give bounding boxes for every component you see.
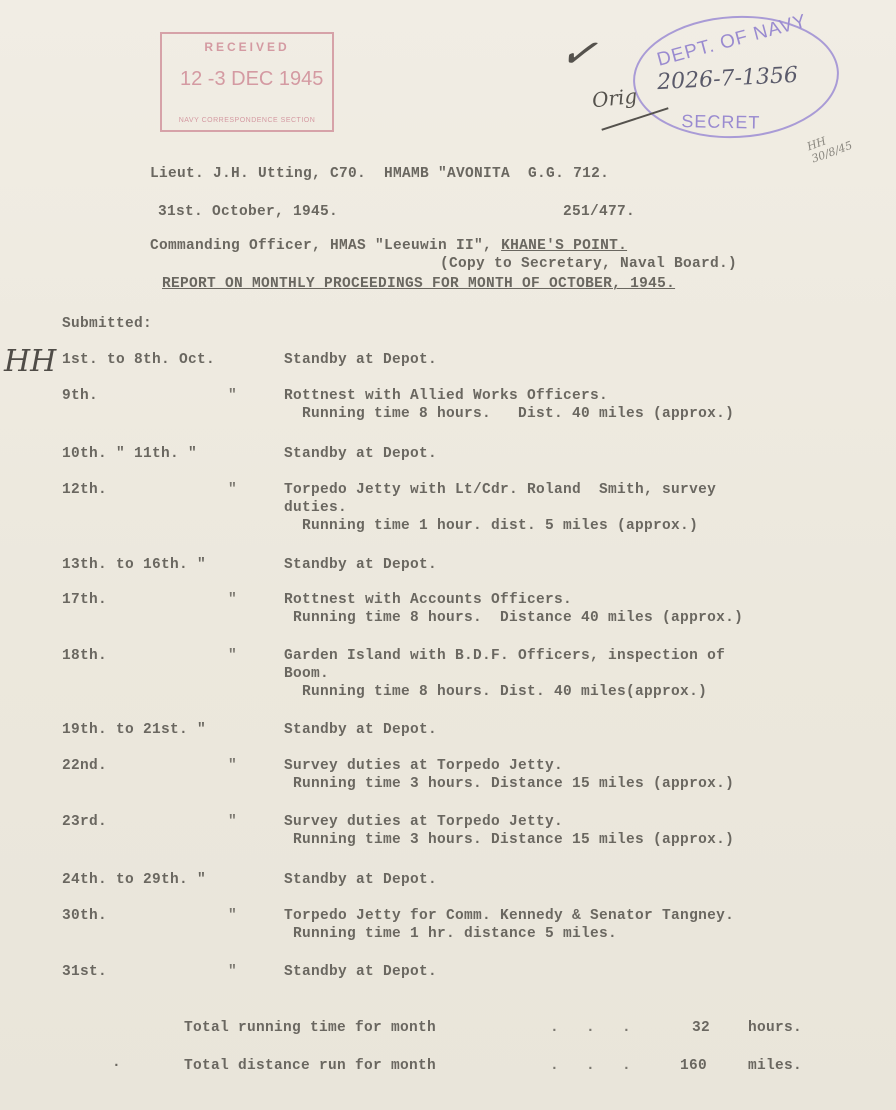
entry-description-line: Running time 3 hours. Distance 15 miles … (284, 776, 734, 792)
entry-description-line: Running time 3 hours. Distance 15 miles … (284, 832, 734, 848)
received-stamp-footer: NAVY CORRESPONDENCE SECTION (162, 117, 332, 124)
entry-description-line: Survey duties at Torpedo Jetty. (284, 758, 563, 774)
entry-description-line: Standby at Depot. (284, 872, 437, 888)
entry-description-line: Standby at Depot. (284, 352, 437, 368)
entry-date: 12th. (62, 482, 107, 498)
entry-description-line: Survey duties at Torpedo Jetty. (284, 814, 563, 830)
total-value: 160 (680, 1058, 707, 1074)
entry-date: 10th. " 11th. " (62, 446, 197, 462)
total-leader-dots: . . . (550, 1058, 631, 1074)
received-stamp: RECEIVED 12 -3 DEC 1945 NAVY CORRESPONDE… (160, 32, 334, 132)
entry-description-line: Torpedo Jetty for Comm. Kennedy & Senato… (284, 908, 734, 924)
copy-line: (Copy to Secretary, Naval Board.) (440, 256, 737, 272)
addressee-place: KHANE'S POINT. (501, 238, 627, 254)
navy-stamp-number: 2026-7-1356 (657, 63, 799, 95)
entry-date: 23rd. (62, 814, 107, 830)
entry-ditto-mark: " (228, 388, 237, 404)
entry-description-line: Boom. (284, 666, 329, 682)
entry-date: 19th. to 21st. " (62, 722, 206, 738)
from-line: Lieut. J.H. Utting, C70. HMAMB "AVONITA … (150, 166, 609, 182)
total-label: Total running time for month (184, 1020, 436, 1036)
entry-description-line: Running time 1 hour. dist. 5 miles (appr… (284, 518, 698, 534)
entry-description-line: Standby at Depot. (284, 557, 437, 573)
received-stamp-date: 12 -3 DEC 1945 (180, 68, 323, 91)
entry-date: 9th. (62, 388, 98, 404)
margin-initials: HH (4, 344, 56, 379)
report-date: 31st. October, 1945. (158, 204, 338, 220)
entry-description-line: Garden Island with B.D.F. Officers, insp… (284, 648, 725, 664)
entry-description-line: Torpedo Jetty with Lt/Cdr. Roland Smith,… (284, 482, 716, 498)
entry-date: 30th. (62, 908, 107, 924)
orig-annotation: Orig (591, 84, 638, 113)
entry-ditto-mark: " (228, 908, 237, 924)
entry-description-line: Standby at Depot. (284, 446, 437, 462)
entry-description-line: Standby at Depot. (284, 964, 437, 980)
total-unit: hours. (748, 1020, 802, 1036)
entry-ditto-mark: " (228, 814, 237, 830)
entry-description-line: duties. (284, 500, 347, 516)
entry-ditto-mark: " (228, 964, 237, 980)
navy-department-stamp: DEPT. OF NAVY 2026-7-1356 SECRET (630, 11, 842, 144)
total-label: Total distance run for month (184, 1058, 436, 1074)
reference-number: 251/477. (563, 204, 635, 220)
total-unit: miles. (748, 1058, 802, 1074)
entry-date: 24th. to 29th. " (62, 872, 206, 888)
entry-description-line: Running time 8 hours. Distance 40 miles … (284, 610, 743, 626)
addressee-line: Commanding Officer, HMAS "Leeuwin II", K… (150, 238, 627, 254)
entry-ditto-mark: " (228, 592, 237, 608)
entry-ditto-mark: " (228, 648, 237, 664)
entry-description-line: Running time 8 hours. Dist. 40 miles(app… (284, 684, 707, 700)
entry-date: 18th. (62, 648, 107, 664)
entry-description-line: Running time 1 hr. distance 5 miles. (284, 926, 617, 942)
addressee: Commanding Officer, HMAS "Leeuwin II", (150, 238, 501, 254)
right-margin-note: HH 30/8/45 (805, 121, 870, 166)
report-subject: REPORT ON MONTHLY PROCEEDINGS FOR MONTH … (162, 276, 675, 292)
entry-description-line: Rottnest with Allied Works Officers. (284, 388, 608, 404)
entry-date: 31st. (62, 964, 107, 980)
checkmark-icon: ✓ (557, 26, 601, 82)
entry-date: 17th. (62, 592, 107, 608)
entry-description-line: Running time 8 hours. Dist. 40 miles (ap… (284, 406, 734, 422)
entry-ditto-mark: " (228, 482, 237, 498)
entry-date: 1st. to 8th. Oct. (62, 352, 215, 368)
entry-ditto-mark: " (228, 758, 237, 774)
total-leader-dots: . . . (550, 1020, 631, 1036)
submitted-label: Submitted: (62, 316, 152, 332)
navy-stamp-secret: SECRET (681, 111, 760, 133)
entry-date: 22nd. (62, 758, 107, 774)
entry-description-line: Standby at Depot. (284, 722, 437, 738)
entry-date: 13th. to 16th. " (62, 557, 206, 573)
received-stamp-title: RECEIVED (162, 40, 332, 54)
entry-description-line: Rottnest with Accounts Officers. (284, 592, 572, 608)
margin-dot: · (112, 1058, 121, 1074)
total-value: 32 (692, 1020, 710, 1036)
